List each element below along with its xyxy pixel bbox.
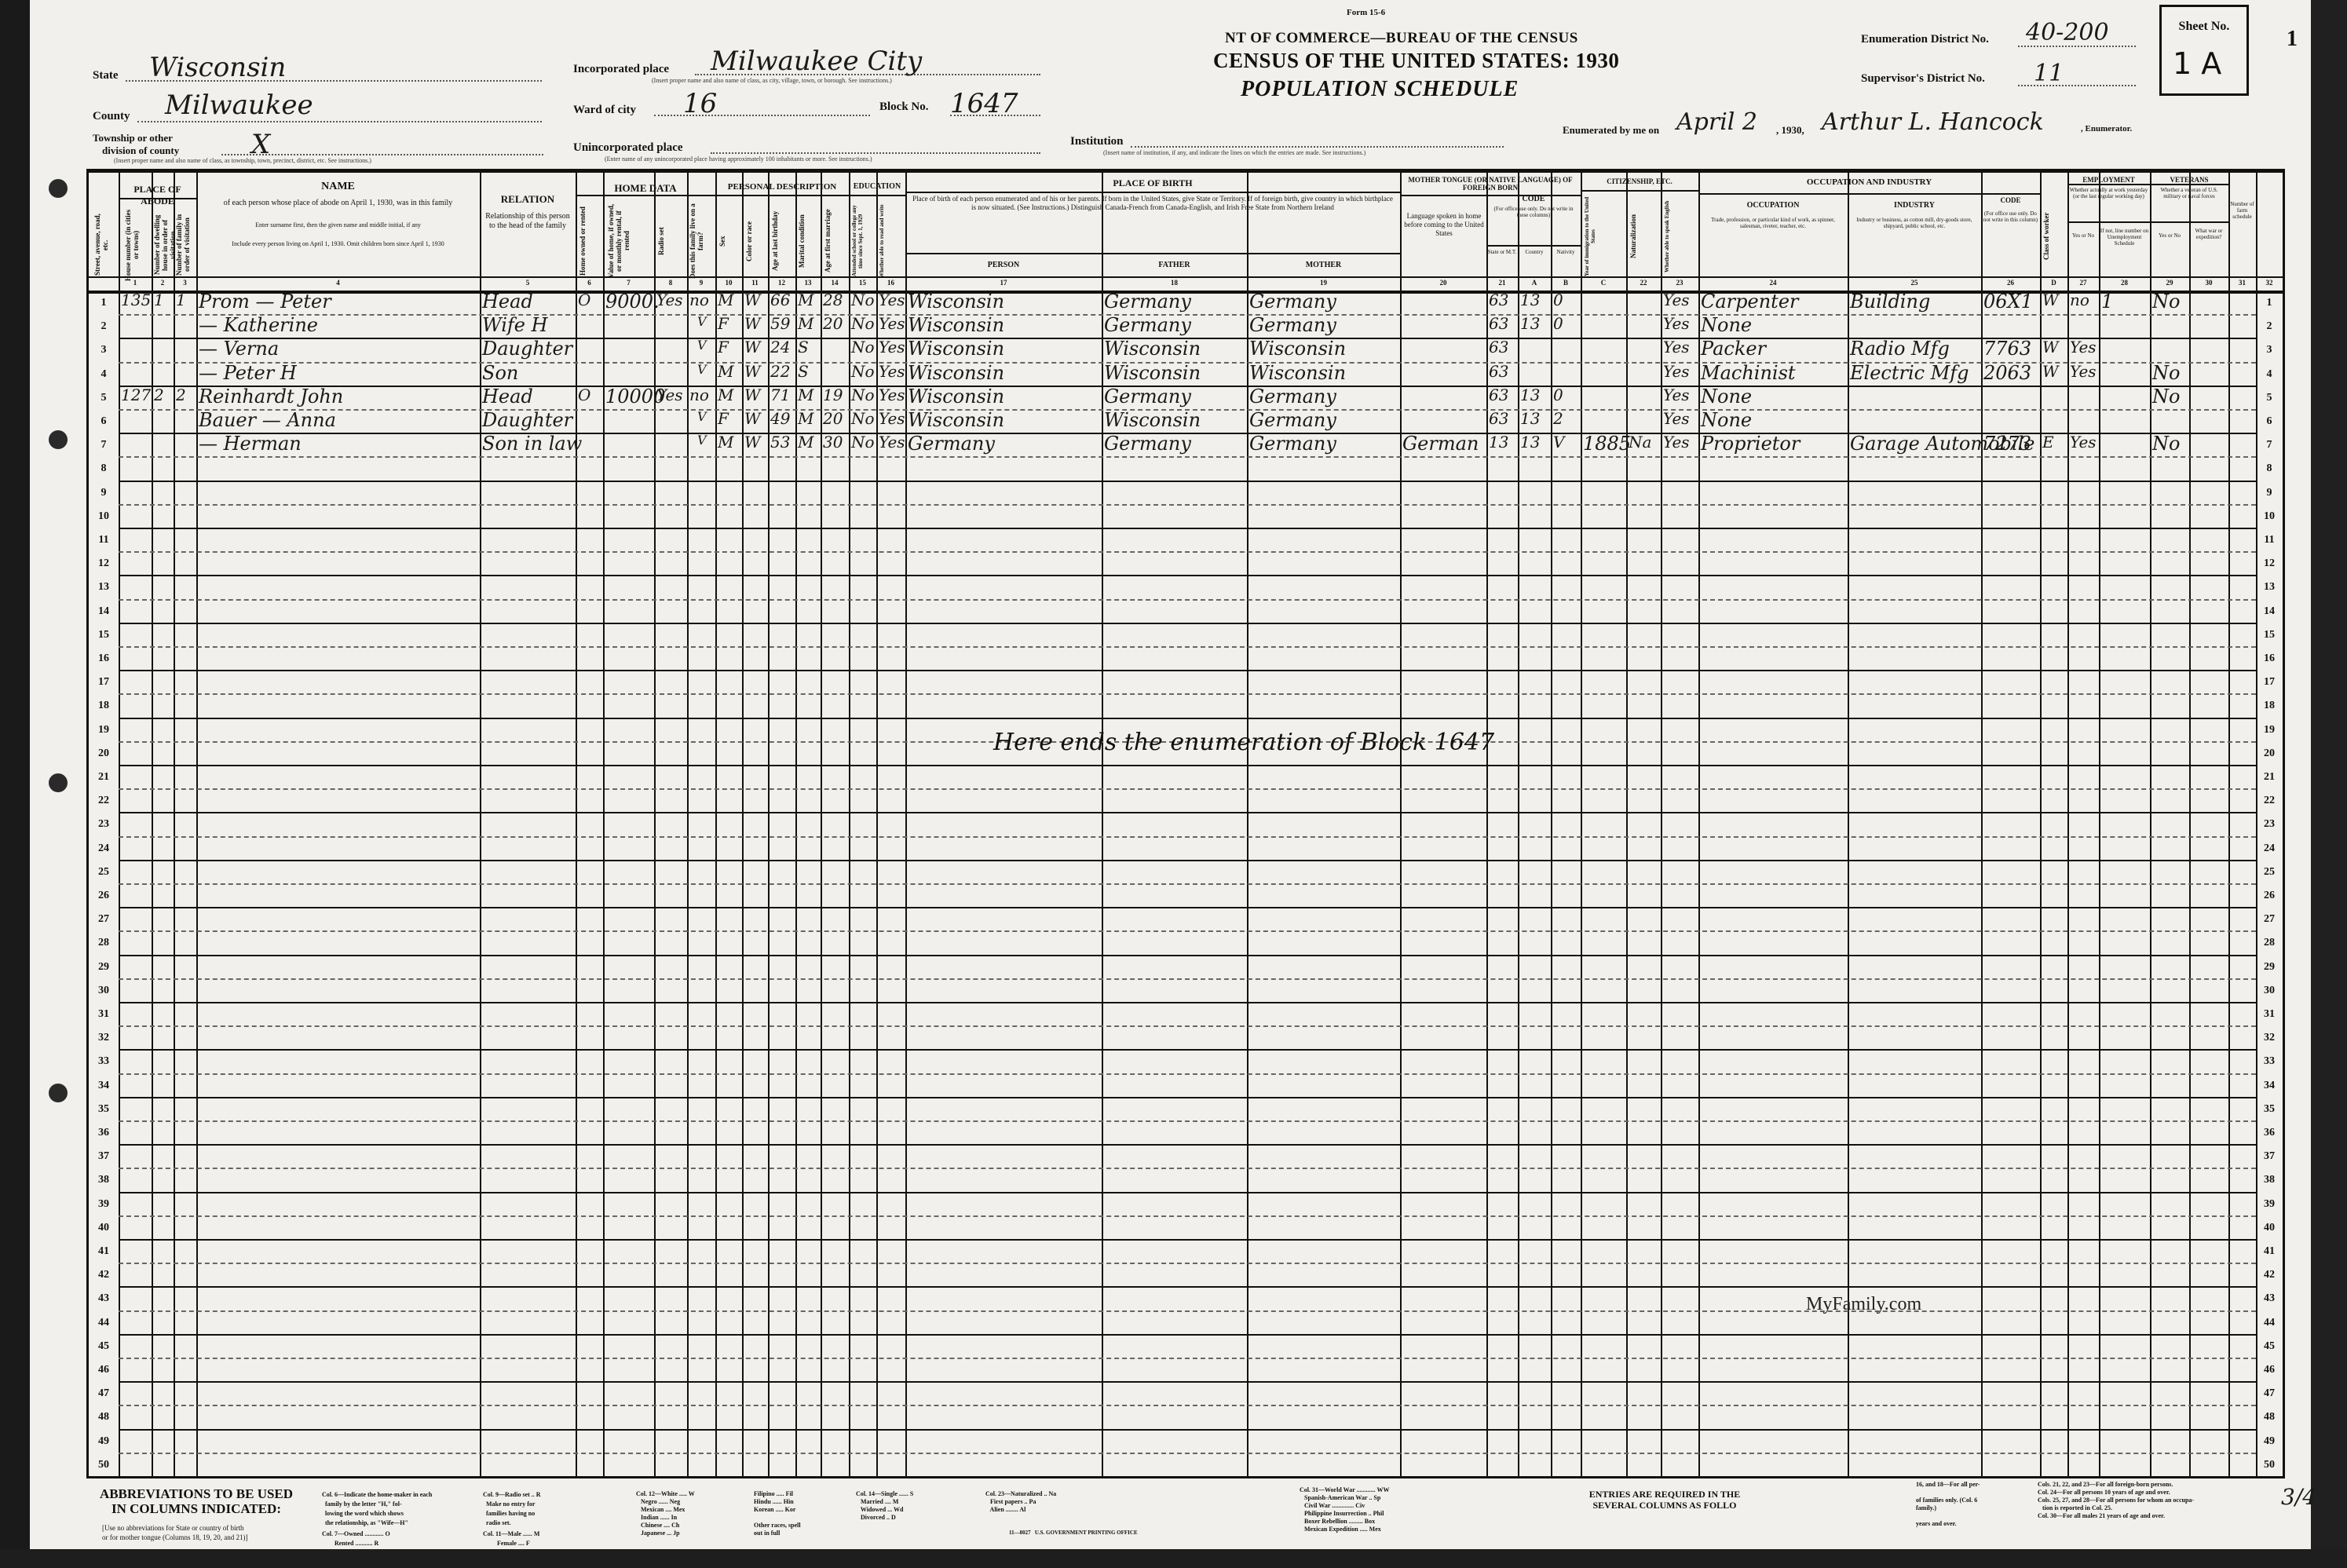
cell-read-write: Yes: [879, 314, 905, 333]
column-number: 1: [119, 279, 152, 287]
row-divider: [119, 1192, 2256, 1193]
line-number-right: 8: [2256, 462, 2283, 475]
cell-dwelling: 2: [154, 386, 164, 404]
header-relation-desc: Relationship of this person to the head …: [483, 212, 572, 231]
cell-school: No: [851, 433, 875, 451]
cell-birth-mother: Germany: [1249, 291, 1336, 313]
county-line: [137, 121, 542, 122]
cell-industry: Building: [1850, 291, 1930, 313]
header-occupation-desc: Trade, profession, or particular kind of…: [1702, 217, 1844, 229]
cell-name: — Herman: [199, 433, 302, 455]
header-father: FATHER: [1102, 261, 1247, 269]
footer-entries-col2: Cols. 21, 22, and 23—For all foreign-bor…: [2038, 1481, 2194, 1520]
cell-code-c: 0: [1553, 291, 1563, 309]
header-dwelling: Number of dwelling house in order of vis…: [153, 209, 169, 281]
cell-race: W: [744, 362, 761, 381]
sheet-value: 1 A: [2173, 46, 2221, 81]
cell-birth-mother: Germany: [1249, 433, 1336, 455]
cell-relation: Son in law: [482, 433, 582, 455]
cell-school: No: [851, 314, 875, 333]
header-english: Whether able to speak English: [1664, 193, 1695, 280]
line-number-right: 11: [2256, 534, 2283, 546]
form-number: Form 15-6: [1347, 8, 1385, 17]
cell-age-marriage: 20: [823, 409, 843, 428]
line-number-left: 39: [90, 1198, 117, 1211]
header-house-number: House number (in cities or towns): [124, 209, 144, 281]
header-home-data: HOME DATA: [576, 182, 715, 195]
cell-veteran: No: [2152, 291, 2180, 313]
cell-birth-father: Wisconsin: [1104, 409, 1201, 431]
row-divider: [119, 812, 2256, 813]
line-number-right: 45: [2256, 1340, 2283, 1353]
footer-col14: Col. 14—Single ...... S Married .... M W…: [856, 1490, 913, 1522]
line-number-left: 16: [90, 652, 117, 665]
cell-occupation: None: [1701, 386, 1752, 408]
header-farm: Does this family live on a farm?: [689, 201, 711, 281]
line-number-right: 26: [2256, 890, 2283, 902]
cell-age: 59: [770, 314, 790, 333]
cell-code-d: 06X1: [1983, 291, 2033, 313]
cell-code-c: 2: [1553, 409, 1563, 428]
row-divider: [119, 765, 2256, 766]
cell-read-write: Yes: [879, 362, 905, 381]
column-number: 8: [654, 279, 687, 287]
table-row: — HermanSon in lawMW53M30NoYesGermanyGer…: [89, 433, 2283, 456]
column-number: 9: [687, 279, 715, 287]
row-divider: [119, 623, 2256, 624]
cell-occupation: Packer: [1701, 338, 1766, 360]
cell-english: Yes: [1663, 386, 1690, 404]
column-number: 12: [768, 279, 795, 287]
cell-relation: Son: [482, 362, 518, 384]
cell-age-marriage: 19: [823, 386, 843, 404]
column-number: 6: [576, 279, 603, 287]
state-label: State: [93, 69, 119, 82]
line-number-left: 29: [90, 961, 117, 974]
cell-dwelling: 1: [154, 291, 164, 309]
footer-col6: Col. 6—Indicate the home-maker in each f…: [322, 1490, 432, 1528]
row-divider: [119, 1097, 2256, 1098]
cell-house: 135: [121, 291, 151, 309]
cell-read-write: Yes: [879, 338, 905, 356]
cell-age: 24: [770, 338, 790, 356]
footer-col7: Col. 7—Owned ............ O Rented .....…: [322, 1530, 390, 1548]
cell-relation: Head: [482, 291, 533, 313]
cell-name: — Katherine: [199, 314, 318, 336]
punch-hole-icon: [49, 1084, 68, 1102]
cell-radio: Yes: [656, 386, 683, 404]
header-home-value: Value of home, if owned, or monthly rent…: [607, 201, 646, 281]
grid-hline: [1400, 195, 1581, 196]
line-number-left: 13: [90, 581, 117, 594]
header-employment-desc: Whether actually at work yesterday (or t…: [2069, 187, 2148, 199]
header-industry: INDUSTRY: [1848, 201, 1981, 210]
cell-industry: Radio Mfg: [1850, 338, 1950, 360]
line-number-left: 33: [90, 1055, 117, 1068]
column-number: 11: [742, 279, 768, 287]
cell-house: 127: [121, 386, 151, 404]
cell-birth-mother: Germany: [1249, 386, 1336, 408]
incorporated-place-label: Incorporated place: [573, 63, 669, 76]
line-number-left: 37: [90, 1150, 117, 1163]
column-number: 5: [480, 279, 576, 287]
cell-birth-person: Germany: [908, 433, 995, 455]
line-number-left: 41: [90, 1245, 117, 1258]
line-number-left: 24: [90, 842, 117, 855]
line-number-right: 29: [2256, 961, 2283, 974]
line-number-right: 32: [2256, 1032, 2283, 1044]
line-number-left: 38: [90, 1174, 117, 1186]
line-number-right: 24: [2256, 842, 2283, 855]
cell-check: V: [697, 362, 707, 377]
unincorporated-place-label: Unincorporated place: [573, 141, 683, 155]
cell-veteran: No: [2152, 362, 2180, 384]
ward-value: 16: [683, 88, 717, 119]
footer-col31: Col. 31—World War ............ WW Spanis…: [1300, 1486, 1389, 1533]
cell-english: Yes: [1663, 314, 1690, 333]
scan-border-bottom: [0, 1549, 2347, 1568]
institution-hint: (Insert name of institution, if any, and…: [1103, 149, 1365, 156]
cell-code-b: 13: [1520, 386, 1540, 404]
cell-relation: Daughter: [482, 338, 572, 360]
cell-naturalization: Na: [1629, 433, 1651, 451]
enumeration-district-value: 40-200: [2026, 19, 2109, 46]
header-place-of-birth-desc: Place of birth of each person enumerated…: [912, 195, 1394, 212]
table-row: — Peter HSonMW22SNoYesWisconsinWisconsin…: [89, 362, 2283, 386]
cell-age-marriage: 20: [823, 314, 843, 333]
cell-family: 2: [176, 386, 186, 404]
block-value: 1647: [950, 88, 1018, 119]
column-number: 27: [2067, 279, 2099, 287]
header-street: Street, avenue, road, etc.: [93, 209, 114, 281]
cell-race: W: [744, 338, 761, 356]
cell-occupation: None: [1701, 409, 1752, 431]
column-number: 14: [821, 279, 849, 287]
line-number-left: 11: [90, 534, 117, 546]
table-row: — VernaDaughterFW24SNoYesWisconsinWiscon…: [89, 338, 2283, 361]
header-code-b: Country: [1518, 248, 1551, 256]
line-number-right: 37: [2256, 1150, 2283, 1163]
grid-hline: [2067, 221, 2228, 223]
header-employment: EMPLOYMENT: [2067, 176, 2150, 184]
cell-sex: F: [718, 314, 729, 333]
cell-birth-person: Wisconsin: [908, 291, 1004, 313]
line-number-left: 25: [90, 866, 117, 879]
cell-sex: F: [718, 338, 729, 356]
footer-entries-col1: 16, and 18—For all per- of families only…: [1916, 1481, 1980, 1528]
line-number-left: 30: [90, 985, 117, 997]
cell-relation: Wife H: [482, 314, 548, 336]
enumeration-district-label: Enumeration District No.: [1861, 33, 1989, 46]
header-code-desc: (For office use only. Do not write in th…: [1488, 206, 1579, 218]
row-divider: [119, 1002, 2256, 1003]
cell-code-c: V: [1553, 433, 1564, 451]
column-number: 2: [152, 279, 174, 287]
cell-language: German: [1402, 433, 1479, 455]
column-number: C: [1581, 279, 1626, 287]
row-divider: [119, 504, 2256, 506]
line-number-left: 46: [90, 1364, 117, 1376]
line-number-left: 45: [90, 1340, 117, 1353]
header-naturalization: Naturalization: [1629, 193, 1658, 280]
line-number-left: 10: [90, 510, 117, 523]
cell-birth-person: Wisconsin: [908, 409, 1004, 431]
cell-birth-father: Germany: [1104, 386, 1191, 408]
column-number: 19: [1247, 279, 1400, 287]
row-divider: [119, 860, 2256, 861]
cell-code-b: 13: [1520, 433, 1540, 451]
cell-code-b: 13: [1520, 314, 1540, 333]
grid-hline: [576, 195, 905, 196]
line-number-right: 22: [2256, 795, 2283, 807]
header-place-of-birth: PLACE OF BIRTH: [905, 177, 1400, 189]
cell-read-write: Yes: [879, 409, 905, 428]
row-divider: [119, 456, 2256, 458]
column-number: 29: [2150, 279, 2189, 287]
cell-marital: M: [798, 314, 813, 333]
row-divider: [119, 1429, 2256, 1431]
census-title: CENSUS OF THE UNITED STATES: 1930: [1213, 49, 1619, 73]
grid-hline: [1698, 193, 2040, 195]
column-number: 25: [1848, 279, 1981, 287]
line-number-left: 44: [90, 1317, 117, 1329]
row-divider: [119, 718, 2256, 719]
cell-code-c: 0: [1553, 386, 1563, 404]
line-number-left: 42: [90, 1269, 117, 1281]
cell-school: No: [851, 362, 875, 381]
cell-code-a: 13: [1489, 433, 1508, 451]
page-number: 1: [2287, 27, 2298, 52]
header-class-of-worker: Class of worker: [2042, 193, 2064, 280]
cell-code-a: 63: [1489, 362, 1508, 381]
cell-marital: M: [798, 409, 813, 428]
row-divider: [119, 1144, 2256, 1146]
cell-birth-mother: Germany: [1249, 314, 1336, 336]
township-hint: (Insert proper name and also name of cla…: [114, 157, 371, 164]
cell-code-b: 13: [1520, 409, 1540, 428]
row-divider: [119, 1358, 2256, 1359]
header-code-d-desc: (For office use only. Do not write in th…: [1983, 210, 2038, 223]
row-divider: [119, 1215, 2256, 1217]
cell-owned: O: [578, 386, 590, 404]
cell-occupation: Carpenter: [1701, 291, 1799, 313]
cell-occupation: Machinist: [1701, 362, 1796, 384]
end-of-block-note: Here ends the enumeration of Block 1647: [993, 729, 1494, 756]
row-divider: [119, 1263, 2256, 1264]
county-value: Milwaukee: [165, 90, 313, 121]
header-employment-yes-no: Yes or No: [2067, 232, 2099, 239]
column-number: 32: [2256, 279, 2283, 287]
line-number-left: 9: [90, 487, 117, 499]
grid-hline: [2067, 184, 2228, 185]
cell-veteran: No: [2152, 433, 2180, 455]
line-number-right: 27: [2256, 913, 2283, 926]
enumerated-label: Enumerated by me on: [1563, 124, 1659, 137]
row-divider: [119, 1334, 2256, 1336]
header-occupation: OCCUPATION: [1698, 201, 1848, 210]
column-number: 3: [174, 279, 196, 287]
line-number-right: 21: [2256, 771, 2283, 784]
header-employment-line: If not, line number on Unemployment Sche…: [2099, 228, 2150, 247]
line-number-left: 19: [90, 724, 117, 736]
cell-age-marriage: 28: [823, 291, 843, 309]
footer-col23: Col. 23—Naturalized .. Na First papers .…: [985, 1490, 1056, 1514]
line-number-right: 16: [2256, 652, 2283, 665]
header-family: Number of family in order of visitation: [175, 209, 191, 281]
row-divider: [119, 1381, 2256, 1383]
line-number-right: 50: [2256, 1459, 2283, 1471]
cell-birth-person: Wisconsin: [908, 362, 1004, 384]
cell-at-work: Yes: [2070, 338, 2097, 356]
row-divider: [119, 836, 2256, 838]
line-number-left: 28: [90, 937, 117, 949]
cell-occupation: Proprietor: [1701, 433, 1800, 455]
township-label-1: Township or other: [93, 132, 173, 144]
line-number-right: 35: [2256, 1103, 2283, 1116]
line-number-left: 15: [90, 629, 117, 641]
row-divider: [119, 1073, 2256, 1075]
cell-check: V: [697, 433, 707, 448]
row-divider: [119, 481, 2256, 482]
line-number-left: 21: [90, 771, 117, 784]
enumeration-year: , 1930,: [1776, 124, 1804, 137]
header-code-a: State or M.T.: [1486, 248, 1518, 256]
cell-marital: S: [798, 338, 809, 356]
header-name-desc: of each person whose place of abode on A…: [204, 199, 472, 207]
row-divider: [119, 930, 2256, 932]
line-number-left: 35: [90, 1103, 117, 1116]
header-name: NAME: [196, 181, 480, 193]
cell-age: 71: [770, 386, 790, 404]
table-row: Bauer — AnnaDaughterFW49M20NoYesWisconsi…: [89, 409, 2283, 433]
table-row: — KatherineWife HFW59M20NoYesWisconsinGe…: [89, 314, 2283, 338]
row-divider: [119, 599, 2256, 601]
line-number-right: 13: [2256, 581, 2283, 594]
line-number-right: 42: [2256, 1269, 2283, 1281]
row-divider: [119, 1239, 2256, 1241]
footer-col9: Col. 9—Radio set .. R Make no entry for …: [483, 1490, 541, 1528]
header-race: Color or race: [745, 201, 766, 281]
line-number-left: 48: [90, 1411, 117, 1424]
header-place-of-abode: PLACE OF ABODE: [119, 184, 196, 207]
cell-birth-father: Germany: [1104, 433, 1191, 455]
punch-hole-icon: [49, 179, 68, 198]
row-divider: [119, 1405, 2256, 1406]
cell-birth-father: Wisconsin: [1104, 338, 1201, 360]
row-divider: [119, 1453, 2256, 1454]
line-number-left: 27: [90, 913, 117, 926]
cell-name: Reinhardt John: [199, 386, 343, 408]
column-number: B: [1551, 279, 1581, 287]
grid-hline: [119, 198, 196, 199]
incorporated-place-value: Milwaukee City: [711, 46, 922, 77]
scan-border-left: [0, 0, 30, 1568]
row-divider: [119, 978, 2256, 980]
cell-check: V: [697, 314, 707, 329]
column-number: 22: [1626, 279, 1661, 287]
column-number: 13: [795, 279, 821, 287]
header-person: PERSON: [905, 261, 1102, 269]
supervisor-district-label: Supervisor's District No.: [1861, 72, 1985, 86]
unincorporated-place-hint: (Enter name of any unincorporated place …: [605, 155, 872, 163]
sheet-label: Sheet No.: [2162, 20, 2246, 34]
line-number-right: 12: [2256, 557, 2283, 570]
header-relation: RELATION: [480, 193, 576, 206]
column-number: A: [1518, 279, 1551, 287]
line-number-right: 39: [2256, 1198, 2283, 1211]
cell-sex: M: [718, 362, 733, 381]
column-number: 23: [1661, 279, 1698, 287]
line-number-right: 18: [2256, 700, 2283, 712]
column-number: 24: [1698, 279, 1848, 287]
line-number-left: 23: [90, 818, 117, 831]
cell-class: W: [2042, 338, 2059, 356]
cell-english: Yes: [1663, 362, 1690, 381]
enumerator-label: , Enumerator.: [2081, 124, 2132, 133]
cell-race: W: [744, 291, 761, 309]
cell-school: No: [851, 291, 875, 309]
cell-unemp-line: 1: [2101, 291, 2113, 313]
cell-at-work: no: [2070, 291, 2089, 309]
cell-class: W: [2042, 291, 2059, 309]
cell-code-a: 63: [1489, 409, 1508, 428]
line-number-left: 18: [90, 700, 117, 712]
line-number-right: 31: [2256, 1008, 2283, 1021]
cell-name: Bauer — Anna: [199, 409, 336, 431]
row-divider: [119, 883, 2256, 885]
scan-border-right: [2311, 0, 2347, 1568]
grid-hline: [1486, 245, 1581, 247]
cell-age-marriage: 30: [823, 433, 843, 451]
cell-birth-father: Germany: [1104, 291, 1191, 313]
column-number: 28: [2099, 279, 2150, 287]
line-number-left: 12: [90, 557, 117, 570]
line-number-right: 15: [2256, 629, 2283, 641]
header-age-marriage: Age at first marriage: [824, 201, 844, 281]
enumeration-date: April 2: [1676, 108, 1757, 136]
cell-birth-mother: Wisconsin: [1249, 362, 1346, 384]
footer-col11: Col. 11—Male ...... M Female .... F: [483, 1530, 539, 1548]
supervisor-district-value: 11: [2034, 60, 2064, 87]
cell-english: Yes: [1663, 338, 1690, 356]
footer-entries-title: ENTRIES ARE REQUIRED IN THE SEVERAL COLU…: [1539, 1489, 1790, 1511]
column-number: 7: [603, 279, 654, 287]
cell-english: Yes: [1663, 409, 1690, 428]
cell-age: 66: [770, 291, 790, 309]
column-number: 30: [2189, 279, 2228, 287]
cell-code-d: 2063: [1983, 362, 2031, 384]
cell-age: 22: [770, 362, 790, 381]
grid-hline: [1581, 190, 1698, 192]
population-schedule-table: PLACE OF ABODE NAME of each person whose…: [86, 169, 2285, 1478]
cell-race: W: [744, 386, 761, 404]
line-number-right: 41: [2256, 1245, 2283, 1258]
column-number: 18: [1102, 279, 1247, 287]
cell-read-write: Yes: [879, 291, 905, 309]
footer-col12a: Col. 12—White ..... W Negro ...... Neg M…: [636, 1490, 695, 1537]
column-number: 4: [196, 279, 480, 287]
row-divider: [119, 1120, 2256, 1122]
institution-label: Institution: [1070, 135, 1124, 148]
header-citizenship: CITIZENSHIP, ETC.: [1581, 177, 1698, 185]
institution-line: [1131, 146, 1504, 148]
sheet-number-box: Sheet No. 1 A: [2159, 5, 2249, 96]
line-number-left: 17: [90, 676, 117, 689]
row-divider: [119, 646, 2256, 648]
grid-hline: [905, 253, 1400, 254]
enumerator-name: Arthur L. Hancock: [1822, 108, 2044, 136]
line-number-left: 26: [90, 890, 117, 902]
